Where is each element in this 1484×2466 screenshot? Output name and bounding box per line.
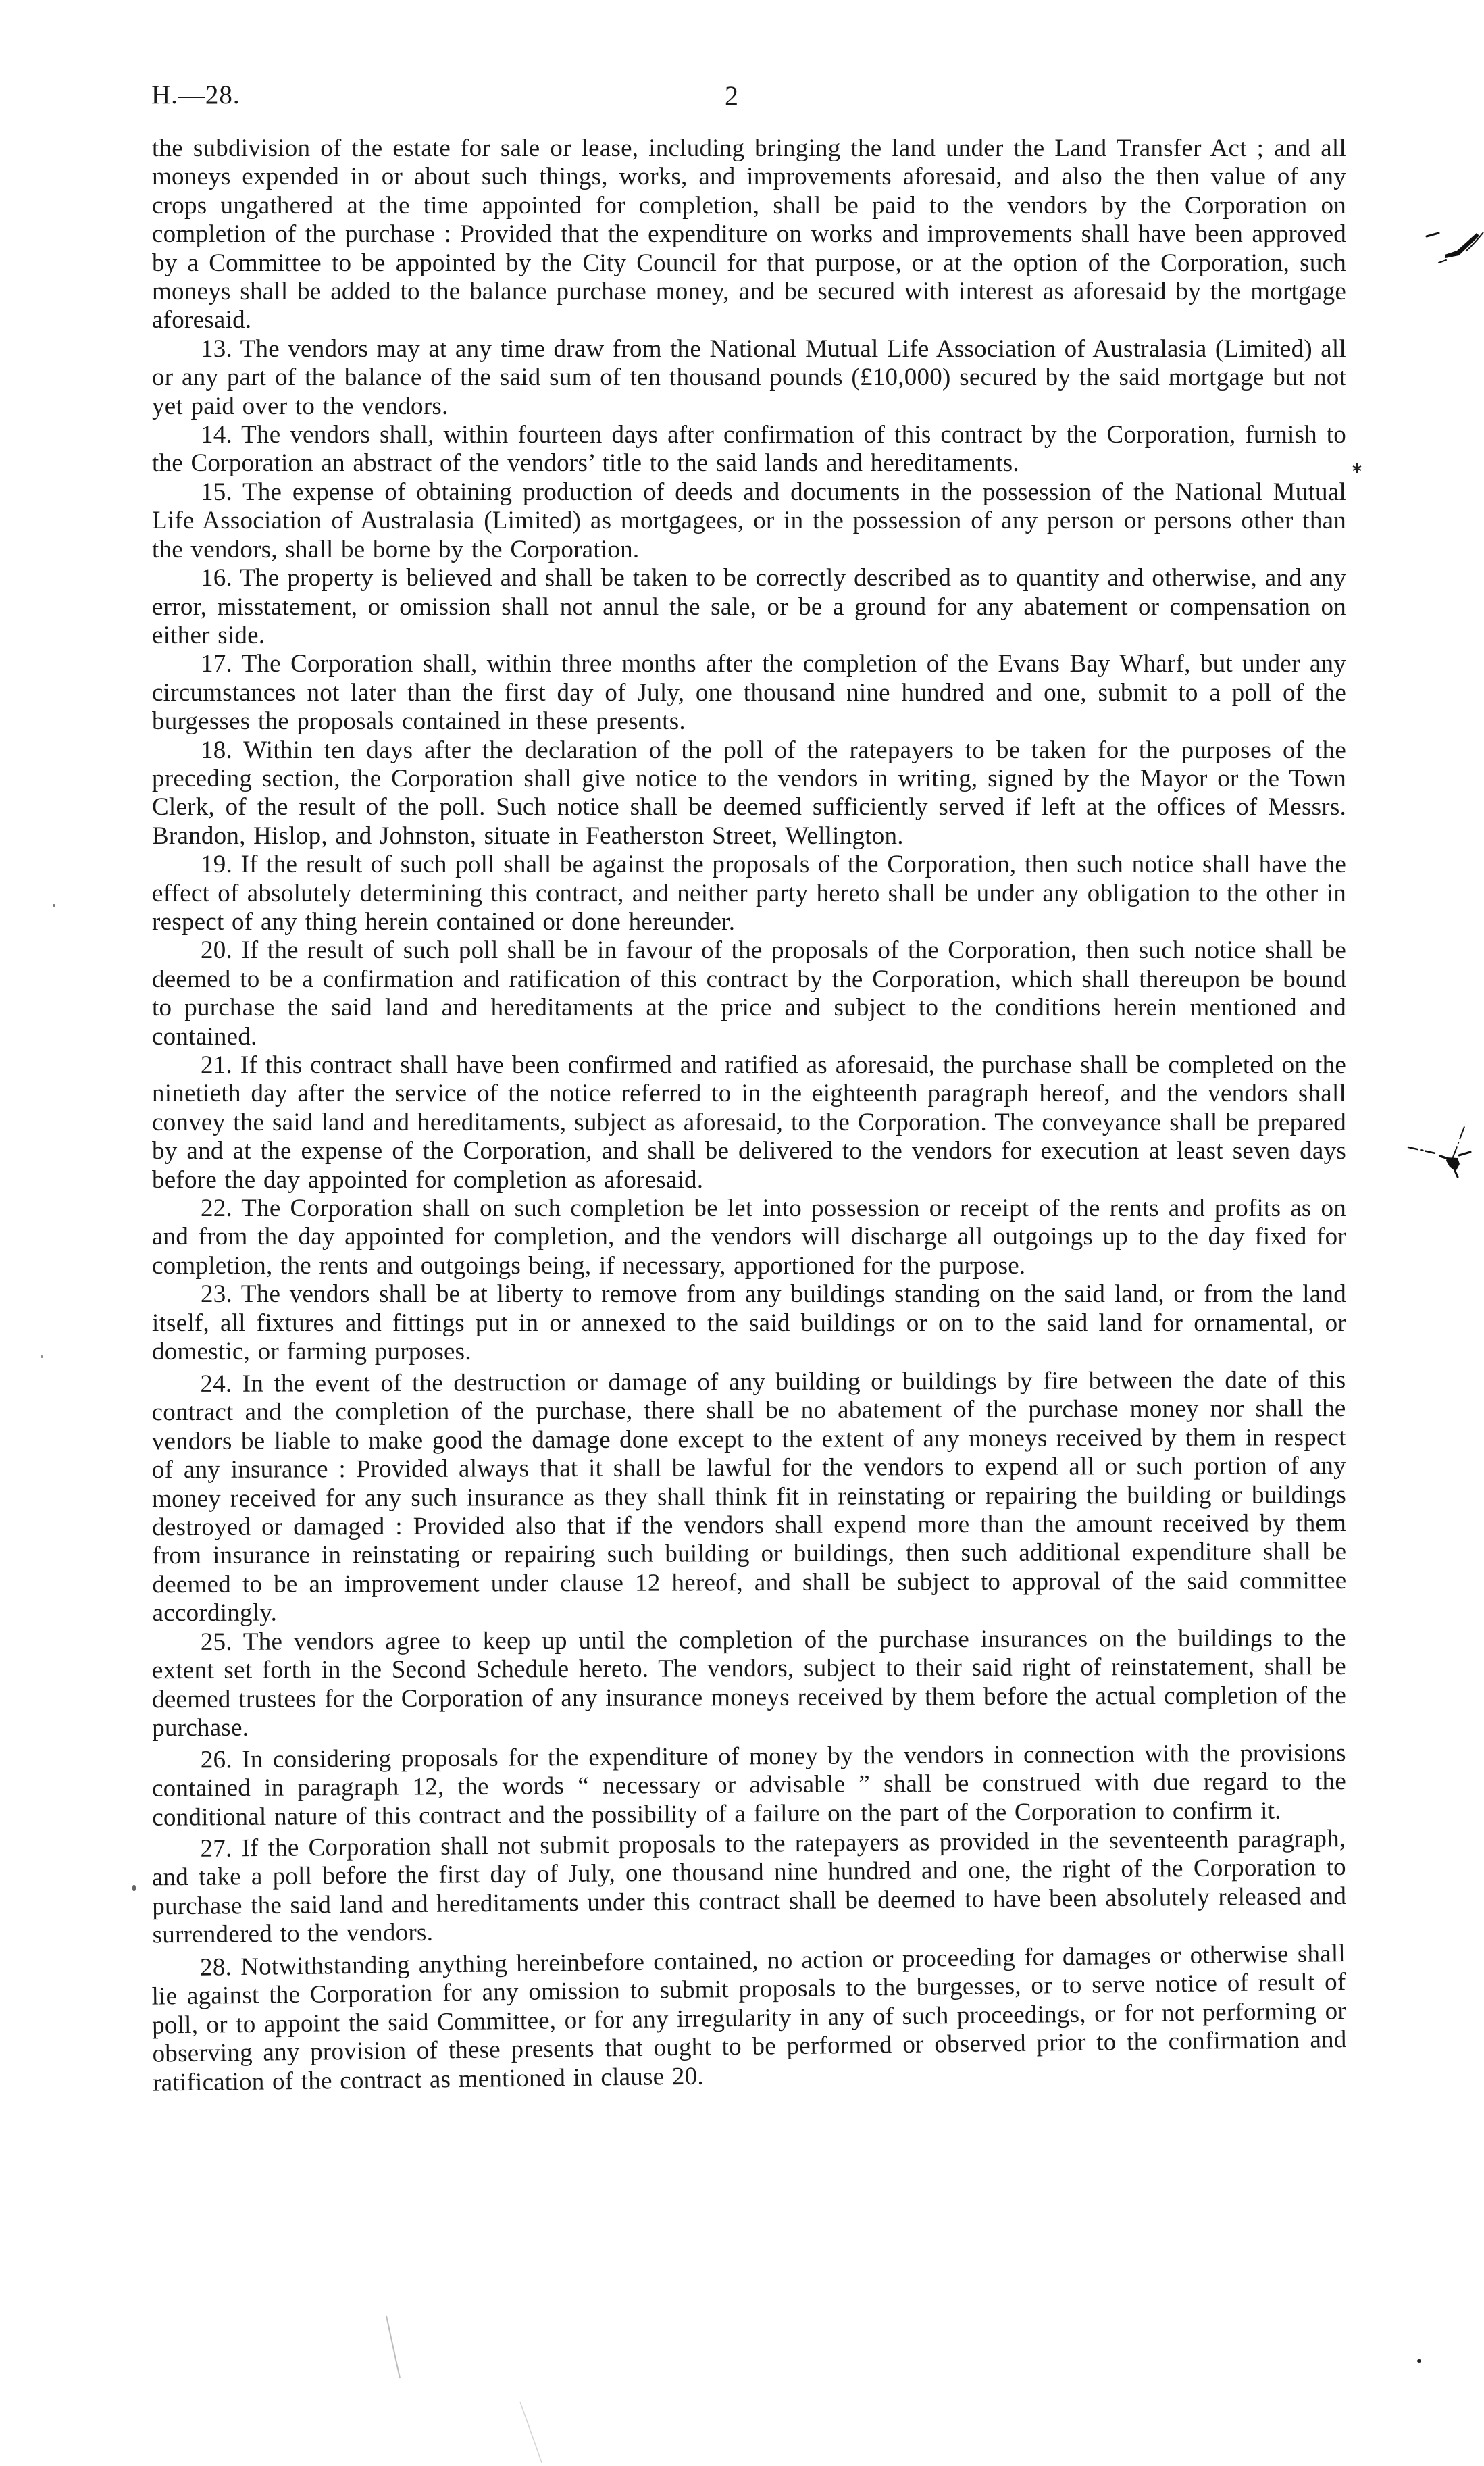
scratch-line-icon <box>378 2311 554 2466</box>
ink-speck-icon <box>1351 462 1363 474</box>
clause-17: 17. The Corporation shall, within three … <box>152 650 1346 736</box>
clause-28: 28. Notwithstanding anything hereinbefor… <box>151 1940 1347 2098</box>
paragraph-continuation: the subdivision of the estate for sale o… <box>152 134 1346 335</box>
clause-21: 21. If this contract shall have been con… <box>152 1051 1346 1194</box>
page-header: H.—28. 2 <box>0 80 1484 120</box>
clause-23: 23. The vendors shall be at liberty to r… <box>152 1280 1346 1366</box>
clause-24: 24. In the event of the destruction or d… <box>151 1366 1346 1628</box>
clause-19: 19. If the result of such poll shall be … <box>152 851 1346 936</box>
ink-speck-icon <box>53 904 55 907</box>
clause-20: 20. If the result of such poll shall be … <box>152 936 1346 1051</box>
pen-cross-flourish-icon <box>1405 1117 1484 1181</box>
ink-speck-icon <box>1417 2359 1421 2363</box>
clause-18: 18. Within ten days after the declaratio… <box>152 736 1346 851</box>
clause-25: 25. The vendors agree to keep up until t… <box>152 1624 1347 1743</box>
clause-27: 27. If the Corporation shall not submit … <box>151 1825 1346 1950</box>
ink-speck-icon <box>132 1885 136 1891</box>
contract-text-block: the subdivision of the estate for sale o… <box>152 134 1346 2083</box>
clause-16: 16. The property is believed and shall b… <box>152 564 1346 650</box>
clause-14: 14. The vendors shall, within fourteen d… <box>152 421 1346 478</box>
scanned-document-page: H.—28. 2 the subdivision of the estate f… <box>0 0 1484 2466</box>
clause-26: 26. In considering proposals for the exp… <box>152 1739 1347 1832</box>
ink-speck-icon <box>41 1355 43 1358</box>
clause-22: 22. The Corporation shall on such comple… <box>152 1194 1346 1280</box>
clause-13: 13. The vendors may at any time draw fro… <box>152 335 1346 421</box>
clause-15: 15. The expense of obtaining production … <box>152 478 1346 564</box>
page-number: 2 <box>0 80 1463 111</box>
pen-flourish-icon <box>1425 227 1484 270</box>
